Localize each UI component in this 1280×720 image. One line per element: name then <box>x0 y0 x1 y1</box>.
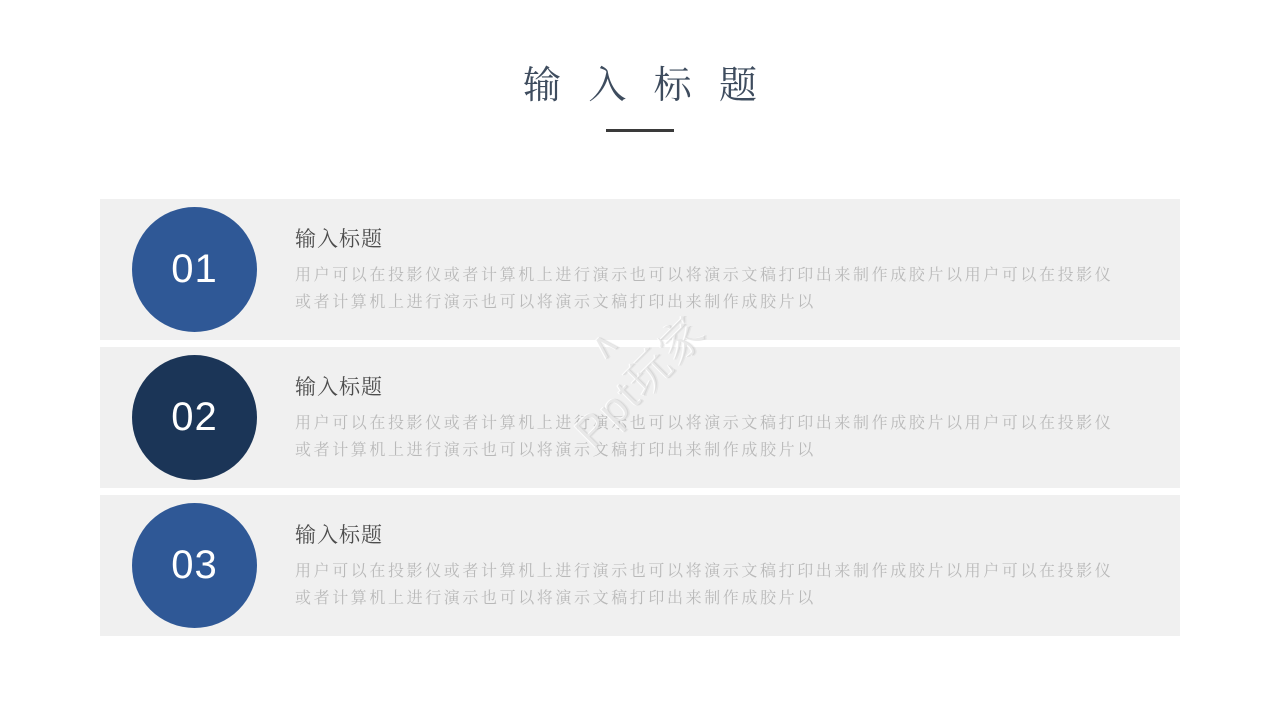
item-content: 输入标题 用户可以在投影仪或者计算机上进行演示也可以将演示文稿打印出来制作成胶片… <box>295 371 1113 464</box>
item-body-line: 或者计算机上进行演示也可以将演示文稿打印出来制作成胶片以 <box>295 289 1113 316</box>
title-underline <box>606 129 674 132</box>
page-title: 输入标题 <box>0 62 1280 111</box>
number-label: 01 <box>171 247 218 292</box>
list-item-2: 02 输入标题 用户可以在投影仪或者计算机上进行演示也可以将演示文稿打印出来制作… <box>100 347 1180 488</box>
number-badge-1: 01 <box>132 207 257 332</box>
item-body-line: 用户可以在投影仪或者计算机上进行演示也可以将演示文稿打印出来制作成胶片以用户可以… <box>295 410 1113 437</box>
item-heading: 输入标题 <box>295 371 1113 401</box>
number-badge-3: 03 <box>132 503 257 628</box>
item-heading: 输入标题 <box>295 519 1113 549</box>
item-body-line: 或者计算机上进行演示也可以将演示文稿打印出来制作成胶片以 <box>295 437 1113 464</box>
list-item-1: 01 输入标题 用户可以在投影仪或者计算机上进行演示也可以将演示文稿打印出来制作… <box>100 199 1180 340</box>
number-label: 03 <box>171 543 218 588</box>
number-label: 02 <box>171 395 218 440</box>
title-block: 输入标题 <box>0 62 1280 132</box>
item-body-line: 用户可以在投影仪或者计算机上进行演示也可以将演示文稿打印出来制作成胶片以用户可以… <box>295 262 1113 289</box>
item-body-line: 或者计算机上进行演示也可以将演示文稿打印出来制作成胶片以 <box>295 585 1113 612</box>
number-badge-2: 02 <box>132 355 257 480</box>
slide: 输入标题 ∧ Ppt玩家 01 输入标题 用户可以在投影仪或者计算机上进行演示也… <box>0 0 1280 720</box>
item-list: 01 输入标题 用户可以在投影仪或者计算机上进行演示也可以将演示文稿打印出来制作… <box>100 199 1180 643</box>
item-body-line: 用户可以在投影仪或者计算机上进行演示也可以将演示文稿打印出来制作成胶片以用户可以… <box>295 558 1113 585</box>
list-item-3: 03 输入标题 用户可以在投影仪或者计算机上进行演示也可以将演示文稿打印出来制作… <box>100 495 1180 636</box>
item-content: 输入标题 用户可以在投影仪或者计算机上进行演示也可以将演示文稿打印出来制作成胶片… <box>295 519 1113 612</box>
item-heading: 输入标题 <box>295 223 1113 253</box>
item-content: 输入标题 用户可以在投影仪或者计算机上进行演示也可以将演示文稿打印出来制作成胶片… <box>295 223 1113 316</box>
